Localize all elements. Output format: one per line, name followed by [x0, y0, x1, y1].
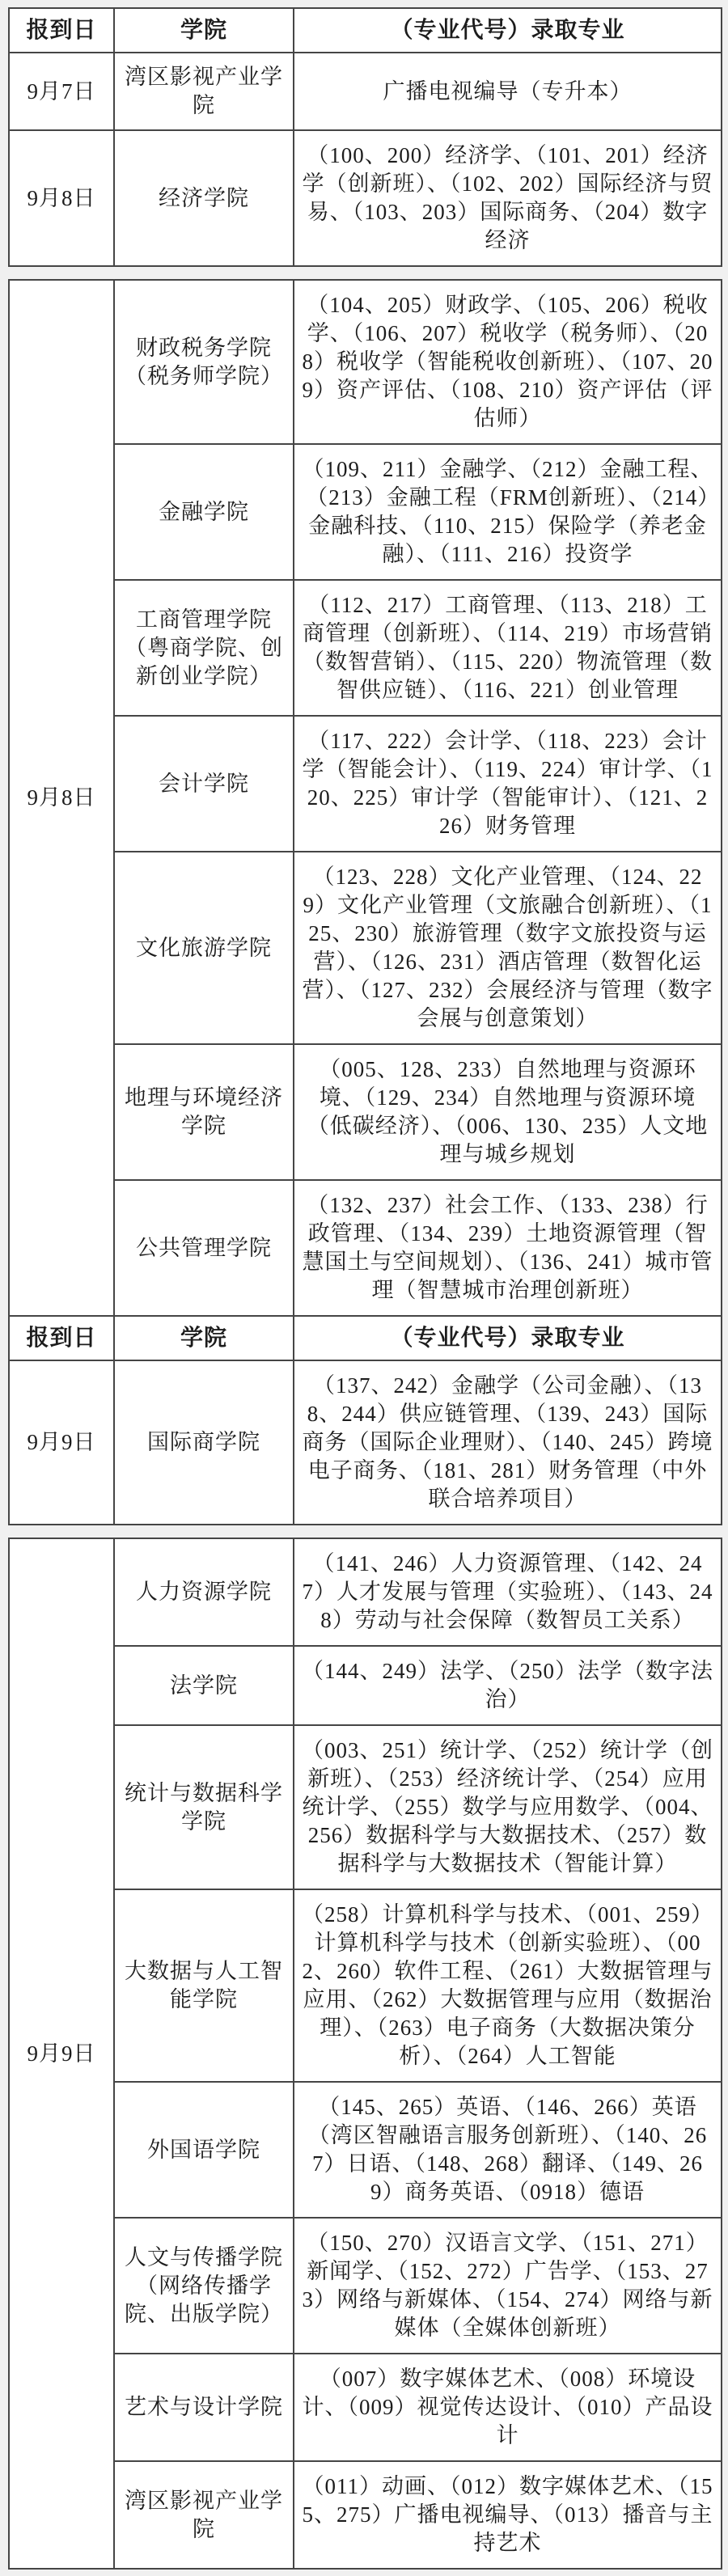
college-cell: 地理与环境经济学院 [114, 1044, 294, 1180]
majors-cell: （007）数字媒体艺术、（008）环境设计、（009）视觉传达设计、（010）产… [294, 2354, 722, 2461]
college-cell: 国际商学院 [114, 1360, 294, 1525]
college-cell: 统计与数据科学学院 [114, 1725, 294, 1889]
table-row: 大数据与人工智能学院（258）计算机科学与技术、（001、259）计算机科学与技… [9, 1889, 722, 2082]
report-date-cell: 9月9日 [9, 1360, 114, 1525]
college-cell: 人文与传播学院（网络传播学院、出版学院） [114, 2218, 294, 2354]
majors-cell: 广播电视编导（专升本） [294, 53, 722, 130]
majors-cell: （258）计算机科学与技术、（001、259）计算机科学与技术（创新实验班）、（… [294, 1889, 722, 2082]
college-cell: 人力资源学院 [114, 1538, 294, 1646]
schedule-table: 报到日学院（专业代号）录取专业9月7日湾区影视产业学院广播电视编导（专升本）9月… [8, 7, 722, 267]
report-date-cell: 9月7日 [9, 53, 114, 130]
college-cell: 工商管理学院（粤商学院、创新创业学院） [114, 580, 294, 716]
table-row: 地理与环境经济学院（005、128、233）自然地理与资源环境、（129、234… [9, 1044, 722, 1180]
college-cell: 会计学院 [114, 716, 294, 852]
table-row: 9月7日湾区影视产业学院广播电视编导（专升本） [9, 53, 722, 130]
table-row: 艺术与设计学院（007）数字媒体艺术、（008）环境设计、（009）视觉传达设计… [9, 2354, 722, 2461]
majors-cell: （145、265）英语、（146、266）英语（湾区智融语言服务创新班）、（14… [294, 2082, 722, 2218]
table-row: 9月9日国际商学院（137、242）金融学（公司金融）、（138、244）供应链… [9, 1360, 722, 1525]
table-row: 外国语学院（145、265）英语、（146、266）英语（湾区智融语言服务创新班… [9, 2082, 722, 2218]
college-cell: 湾区影视产业学院 [114, 2461, 294, 2569]
table-row: 人文与传播学院（网络传播学院、出版学院）（150、270）汉语言文学、（151、… [9, 2218, 722, 2354]
table-row: 文化旅游学院（123、228）文化产业管理、（124、229）文化产业管理（文旅… [9, 852, 722, 1044]
table-row: 法学院（144、249）法学、（250）法学（数字法治） [9, 1646, 722, 1725]
tables-container: 报到日学院（专业代号）录取专业9月7日湾区影视产业学院广播电视编导（专升本）9月… [8, 7, 721, 2570]
table-row: 统计与数据科学学院（003、251）统计学、（252）统计学（创新班）、（253… [9, 1725, 722, 1889]
college-cell: 法学院 [114, 1646, 294, 1725]
college-cell: 外国语学院 [114, 2082, 294, 2218]
majors-cell: （003、251）统计学、（252）统计学（创新班）、（253）经济统计学、（2… [294, 1725, 722, 1889]
majors-cell: （141、246）人力资源管理、（142、247）人才发展与管理（实验班）、（1… [294, 1538, 722, 1646]
majors-header-cell: （专业代号）录取专业 [294, 8, 722, 53]
header-row: 报到日学院（专业代号）录取专业 [9, 1316, 722, 1360]
report-date-cell: 9月8日 [9, 280, 114, 1316]
majors-header-cell: （专业代号）录取专业 [294, 1316, 722, 1360]
majors-cell: （112、217）工商管理、（113、218）工商管理（创新班）、（114、21… [294, 580, 722, 716]
college-cell: 大数据与人工智能学院 [114, 1889, 294, 2082]
table-row: 工商管理学院（粤商学院、创新创业学院）（112、217）工商管理、（113、21… [9, 580, 722, 716]
report-date-header-cell: 报到日 [9, 8, 114, 53]
college-cell: 公共管理学院 [114, 1180, 294, 1316]
table-row: 会计学院（117、222）会计学、（118、223）会计学（智能会计）、（119… [9, 716, 722, 852]
majors-cell: （150、270）汉语言文学、（151、271）新闻学、（152、272）广告学… [294, 2218, 722, 2354]
college-cell: 文化旅游学院 [114, 852, 294, 1044]
report-date-header-cell: 报到日 [9, 1316, 114, 1360]
table-row: 公共管理学院（132、237）社会工作、（133、238）行政管理、（134、2… [9, 1180, 722, 1316]
report-date-cell: 9月8日 [9, 130, 114, 266]
college-header-cell: 学院 [114, 1316, 294, 1360]
report-date-cell: 9月9日 [9, 1538, 114, 2569]
college-cell: 经济学院 [114, 130, 294, 266]
table-row: 金融学院（109、211）金融学、（212）金融工程、（213）金融工程（FRM… [9, 444, 722, 580]
majors-cell: （132、237）社会工作、（133、238）行政管理、（134、239）土地资… [294, 1180, 722, 1316]
admission-schedule-page: 报到日学院（专业代号）录取专业9月7日湾区影视产业学院广播电视编导（专升本）9月… [0, 0, 728, 2576]
schedule-table: 9月8日财政税务学院（税务师学院）（104、205）财政学、（105、206）税… [8, 279, 722, 1525]
majors-cell: （144、249）法学、（250）法学（数字法治） [294, 1646, 722, 1725]
table-row: 9月8日经济学院（100、200）经济学、（101、201）经济学（创新班）、（… [9, 130, 722, 266]
majors-cell: （005、128、233）自然地理与资源环境、（129、234）自然地理与资源环… [294, 1044, 722, 1180]
schedule-table: 9月9日人力资源学院（141、246）人力资源管理、（142、247）人才发展与… [8, 1538, 722, 2570]
majors-cell: （104、205）财政学、（105、206）税收学、（106、207）税收学（税… [294, 280, 722, 444]
table-row: 9月8日财政税务学院（税务师学院）（104、205）财政学、（105、206）税… [9, 280, 722, 444]
college-header-cell: 学院 [114, 8, 294, 53]
majors-cell: （137、242）金融学（公司金融）、（138、244）供应链管理、（139、2… [294, 1360, 722, 1525]
header-row: 报到日学院（专业代号）录取专业 [9, 8, 722, 53]
table-row: 9月9日人力资源学院（141、246）人力资源管理、（142、247）人才发展与… [9, 1538, 722, 1646]
college-cell: 金融学院 [114, 444, 294, 580]
majors-cell: （123、228）文化产业管理、（124、229）文化产业管理（文旅融合创新班）… [294, 852, 722, 1044]
majors-cell: （117、222）会计学、（118、223）会计学（智能会计）、（119、224… [294, 716, 722, 852]
college-cell: 财政税务学院（税务师学院） [114, 280, 294, 444]
college-cell: 湾区影视产业学院 [114, 53, 294, 130]
majors-cell: （109、211）金融学、（212）金融工程、（213）金融工程（FRM创新班）… [294, 444, 722, 580]
college-cell: 艺术与设计学院 [114, 2354, 294, 2461]
majors-cell: （100、200）经济学、（101、201）经济学（创新班）、（102、202）… [294, 130, 722, 266]
majors-cell: （011）动画、（012）数字媒体艺术、（155、275）广播电视编导、（013… [294, 2461, 722, 2569]
table-row: 湾区影视产业学院（011）动画、（012）数字媒体艺术、（155、275）广播电… [9, 2461, 722, 2569]
